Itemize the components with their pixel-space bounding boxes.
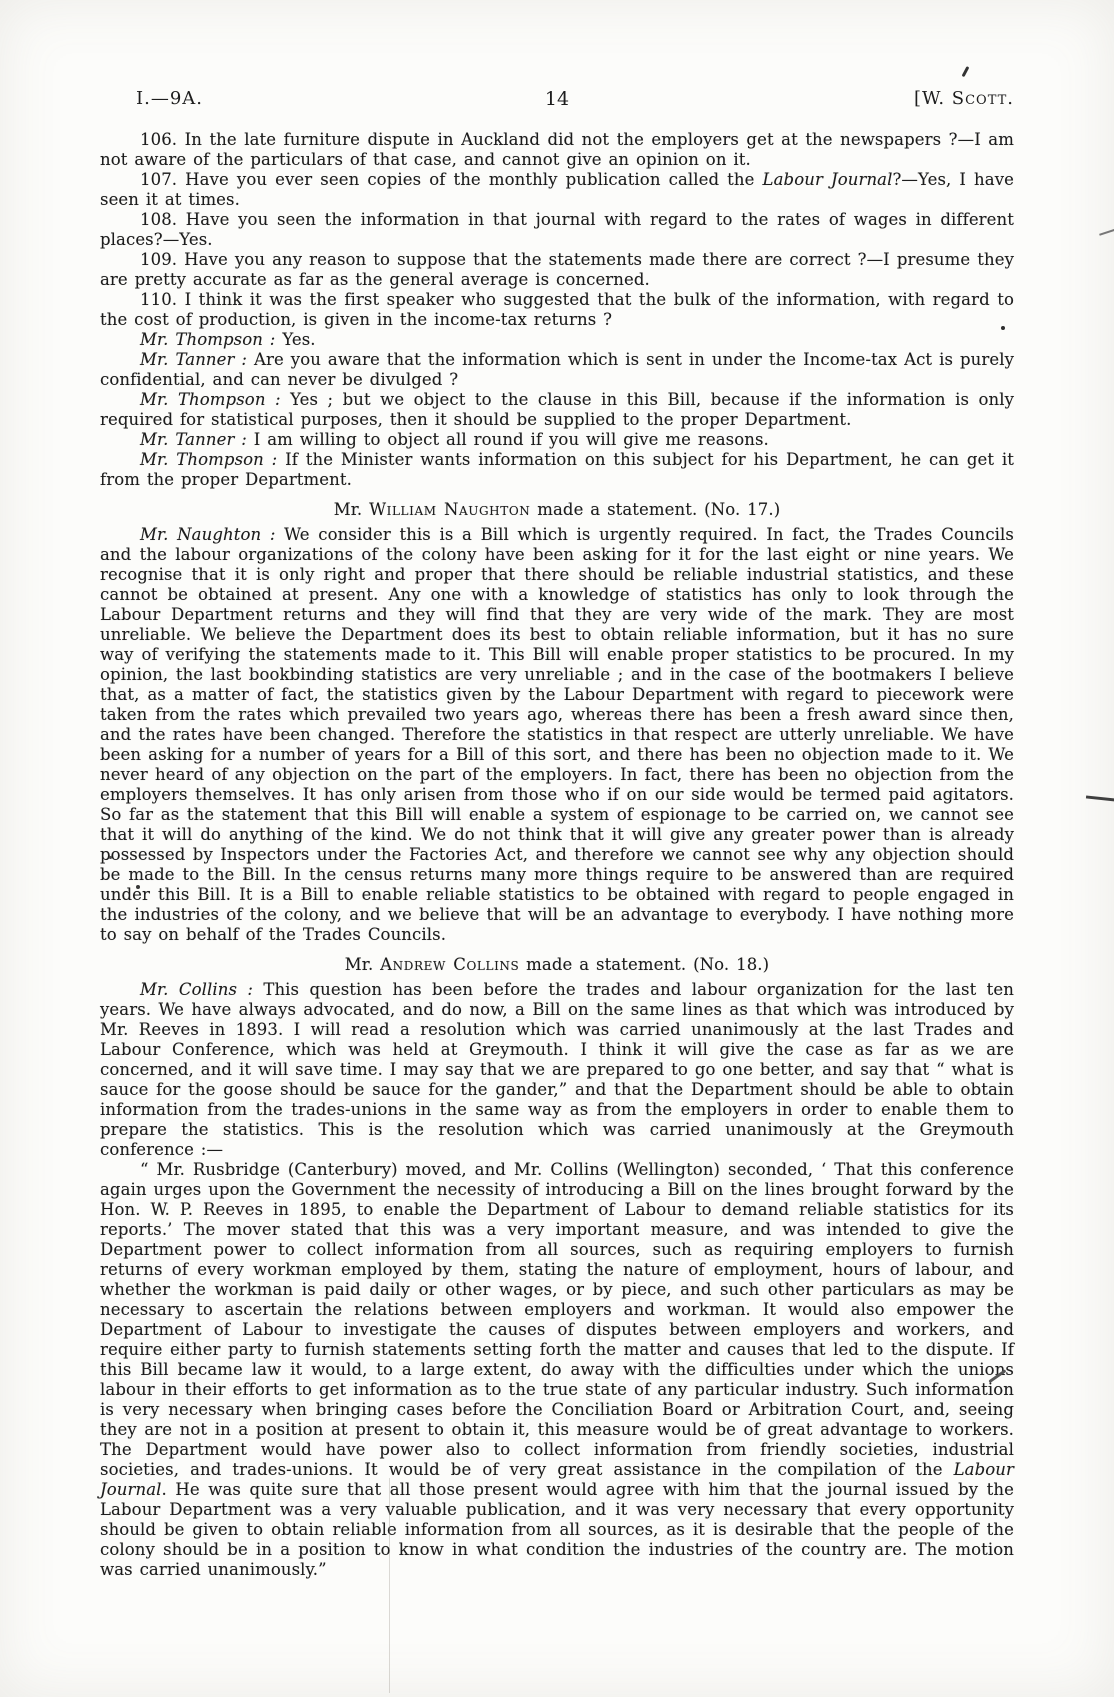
paragraph: Mr. Thompson : If the Minister wants inf…: [100, 450, 1014, 490]
paragraph: Mr. Tanner : Are you aware that the info…: [100, 350, 1014, 390]
text-run: made a statement. (No. 17.): [530, 500, 780, 519]
speaker-name: Mr. Tanner :: [140, 350, 247, 369]
witness-name: William Naughton: [369, 500, 530, 519]
paragraph: Mr. Thompson : Yes.: [100, 330, 1014, 350]
text-run: 108. Have you seen the information in th…: [100, 210, 1014, 249]
speaker-name: Mr. Thompson :: [140, 390, 281, 409]
paragraph: 107. Have you ever seen copies of the mo…: [100, 170, 1014, 210]
text-run: made a statement. (No. 18.): [519, 955, 769, 974]
section-heading: Mr. William Naughton made a statement. (…: [100, 500, 1014, 520]
speaker-name: Mr. Collins :: [140, 980, 253, 999]
paragraph: Mr. Thompson : Yes ; but we object to th…: [100, 390, 1014, 430]
text-run: Mr.: [334, 500, 369, 519]
document-body: 106. In the late furniture dispute in Au…: [100, 130, 1014, 1580]
paragraph: 110. I think it was the first speaker wh…: [100, 290, 1014, 330]
witness-running-title: [W. Scott.: [914, 88, 1014, 109]
paragraph: “ Mr. Rusbridge (Canterbury) moved, and …: [100, 1160, 1014, 1580]
text-run: “ Mr. Rusbridge (Canterbury) moved, and …: [100, 1160, 1014, 1479]
text-run: This question has been before the trades…: [100, 980, 1014, 1159]
paragraph: 109. Have you any reason to suppose that…: [100, 250, 1014, 290]
text-run: Mr.: [345, 955, 380, 974]
text-run: 109. Have you any reason to suppose that…: [100, 250, 1014, 289]
text-run: 106. In the late furniture dispute in Au…: [100, 130, 1014, 169]
text-run: Yes.: [275, 330, 315, 349]
journal-title: Labour Journal: [763, 170, 893, 189]
text-run: We consider this is a Bill which is urge…: [100, 525, 1014, 944]
speaker-name: Mr. Tanner :: [140, 430, 247, 449]
paragraph: Mr. Tanner : I am willing to object all …: [100, 430, 1014, 450]
text-run: I am willing to object all round if you …: [247, 430, 769, 449]
scan-artifact: [962, 66, 969, 77]
text-run: . He was quite sure that all those prese…: [100, 1480, 1014, 1579]
paragraph: Mr. Naughton : We consider this is a Bil…: [100, 525, 1014, 945]
section-heading: Mr. Andrew Collins made a statement. (No…: [100, 955, 1014, 975]
paragraph: Mr. Collins : This question has been bef…: [100, 980, 1014, 1160]
running-head: I.—9A. 14 [W. Scott.: [100, 88, 1014, 112]
speaker-name: Mr. Naughton :: [140, 525, 275, 544]
paragraph: 106. In the late furniture dispute in Au…: [100, 130, 1014, 170]
scan-artifact: [1086, 795, 1114, 801]
paragraph: 108. Have you seen the information in th…: [100, 210, 1014, 250]
speaker-name: Mr. Thompson :: [140, 330, 275, 349]
page-number: 14: [100, 88, 1014, 110]
speaker-name: Mr. Thompson :: [140, 450, 277, 469]
document-page: I.—9A. 14 [W. Scott. 106. In the late fu…: [0, 0, 1114, 1697]
text-run: 107. Have you ever seen copies of the mo…: [140, 170, 763, 189]
text-run: 110. I think it was the first speaker wh…: [100, 290, 1014, 329]
scan-artifact: [1099, 228, 1114, 235]
witness-name: Andrew Collins: [380, 955, 519, 974]
